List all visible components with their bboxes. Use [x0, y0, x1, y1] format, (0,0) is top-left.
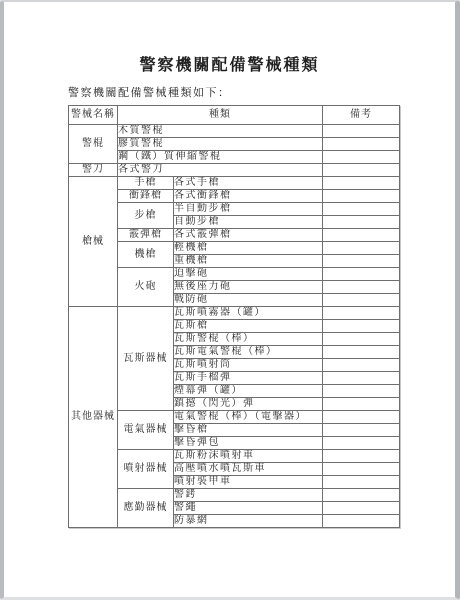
remarks-cell	[323, 242, 400, 255]
table-row: 警棍木質警棍	[69, 125, 400, 138]
remarks-cell	[323, 463, 400, 476]
type-cell: 重機槍	[174, 255, 323, 268]
type-cell: 瓦斯槍	[174, 320, 323, 333]
type-cell: 高壓噴水噴瓦斯車	[174, 463, 323, 476]
table-body: 警棍木質警棍膠質警棍鋼（鐵）質伸縮警棍警刀各式警刀槍械手槍各式手槍衝鋒槍各式衝鋒…	[69, 125, 400, 528]
remarks-cell	[323, 489, 400, 502]
remarks-cell	[323, 346, 400, 359]
type-cell: 擊昏彈包	[174, 437, 323, 450]
table-row: 步槍半自動步槍	[69, 203, 400, 216]
type-cell: 擊昏槍	[174, 424, 323, 437]
type-cell: 戰防砲	[174, 294, 323, 307]
col-header-type: 種類	[118, 106, 323, 125]
type-cell: 警繩	[174, 502, 323, 515]
subgroup-name-cell: 機槍	[118, 242, 174, 268]
remarks-cell	[323, 515, 400, 528]
type-cell: 警銬	[174, 489, 323, 502]
type-cell: 煙幕彈（罐）	[174, 385, 323, 398]
remarks-cell	[323, 125, 400, 138]
table-row: 噴射器械瓦斯粉沫噴射車	[69, 450, 400, 463]
table-row: 火砲迫擊砲	[69, 268, 400, 281]
remarks-cell	[323, 281, 400, 294]
page-title: 警察機關配備警械種類	[4, 52, 455, 75]
remarks-cell	[323, 216, 400, 229]
type-cell: 各式警刀	[118, 164, 323, 177]
type-cell: 瓦斯警棍（棒）	[174, 333, 323, 346]
type-cell: 各式手槍	[174, 177, 323, 190]
remarks-cell	[323, 333, 400, 346]
remarks-cell	[323, 177, 400, 190]
type-cell: 膠質警棍	[118, 138, 323, 151]
remarks-cell	[323, 138, 400, 151]
table-row: 衝鋒槍各式衝鋒槍	[69, 190, 400, 203]
remarks-cell	[323, 476, 400, 489]
type-cell: 各式衝鋒槍	[174, 190, 323, 203]
remarks-cell	[323, 294, 400, 307]
type-cell: 鋼（鐵）質伸縮警棍	[118, 151, 323, 164]
type-cell: 半自動步槍	[174, 203, 323, 216]
table-row: 機槍輕機槍	[69, 242, 400, 255]
type-cell: 瓦斯噴射筒	[174, 359, 323, 372]
remarks-cell	[323, 164, 400, 177]
col-header-name: 警械名稱	[69, 106, 118, 125]
type-cell: 噴射裝甲車	[174, 476, 323, 489]
subgroup-name-cell: 噴射器械	[118, 450, 174, 489]
header-row: 警械名稱 種類 備考	[69, 106, 400, 125]
remarks-cell	[323, 307, 400, 320]
type-cell: 輕機槍	[174, 242, 323, 255]
subgroup-name-cell: 霰彈槍	[118, 229, 174, 242]
type-cell: 無後座力砲	[174, 281, 323, 294]
type-cell: 自動步槍	[174, 216, 323, 229]
type-cell: 各式霰彈槍	[174, 229, 323, 242]
table-row: 其他器械瓦斯器械瓦斯噴霧器（罐）	[69, 307, 400, 320]
type-cell: 迫擊砲	[174, 268, 323, 281]
remarks-cell	[323, 450, 400, 463]
subgroup-name-cell: 衝鋒槍	[118, 190, 174, 203]
table-row: 應勤器械警銬	[69, 489, 400, 502]
type-cell: 瓦斯粉沫噴射車	[174, 450, 323, 463]
table-row: 霰彈槍各式霰彈槍	[69, 229, 400, 242]
subgroup-name-cell: 手槍	[118, 177, 174, 190]
remarks-cell	[323, 398, 400, 411]
weapon-types-table: 警械名稱 種類 備考 警棍木質警棍膠質警棍鋼（鐵）質伸縮警棍警刀各式警刀槍械手槍…	[68, 105, 400, 528]
remarks-cell	[323, 359, 400, 372]
type-cell: 木質警棍	[118, 125, 323, 138]
intro-text: 警察機關配備警械種類如下：	[68, 84, 455, 100]
subgroup-name-cell: 火砲	[118, 268, 174, 307]
col-header-remarks: 備考	[323, 106, 400, 125]
type-cell: 瓦斯電氣警棍（棒）	[174, 346, 323, 359]
remarks-cell	[323, 203, 400, 216]
group-name-cell: 警棍	[69, 125, 118, 164]
type-cell: 鎮撼（閃光）彈	[174, 398, 323, 411]
remarks-cell	[323, 229, 400, 242]
remarks-cell	[323, 151, 400, 164]
group-name-cell: 警刀	[69, 164, 118, 177]
remarks-cell	[323, 255, 400, 268]
table-row: 槍械手槍各式手槍	[69, 177, 400, 190]
type-cell: 防暴網	[174, 515, 323, 528]
remarks-cell	[323, 437, 400, 450]
remarks-cell	[323, 268, 400, 281]
remarks-cell	[323, 320, 400, 333]
table-row: 膠質警棍	[69, 138, 400, 151]
subgroup-name-cell: 步槍	[118, 203, 174, 229]
group-name-cell: 槍械	[69, 177, 118, 307]
remarks-cell	[323, 372, 400, 385]
subgroup-name-cell: 應勤器械	[118, 489, 174, 528]
remarks-cell	[323, 411, 400, 424]
remarks-cell	[323, 385, 400, 398]
document-page: 警察機關配備警械種類 警察機關配備警械種類如下： 警械名稱 種類 備考 警棍木質…	[0, 0, 460, 600]
table-row: 警刀各式警刀	[69, 164, 400, 177]
type-cell: 瓦斯噴霧器（罐）	[174, 307, 323, 320]
remarks-cell	[323, 502, 400, 515]
remarks-cell	[323, 424, 400, 437]
type-cell: 電氣警棍（棒）（電擊器）	[174, 411, 323, 424]
subgroup-name-cell: 電氣器械	[118, 411, 174, 450]
subgroup-name-cell: 瓦斯器械	[118, 307, 174, 411]
remarks-cell	[323, 190, 400, 203]
group-name-cell: 其他器械	[69, 307, 118, 528]
type-cell: 瓦斯手榴彈	[174, 372, 323, 385]
table-row: 鋼（鐵）質伸縮警棍	[69, 151, 400, 164]
table-row: 電氣器械電氣警棍（棒）（電擊器）	[69, 411, 400, 424]
